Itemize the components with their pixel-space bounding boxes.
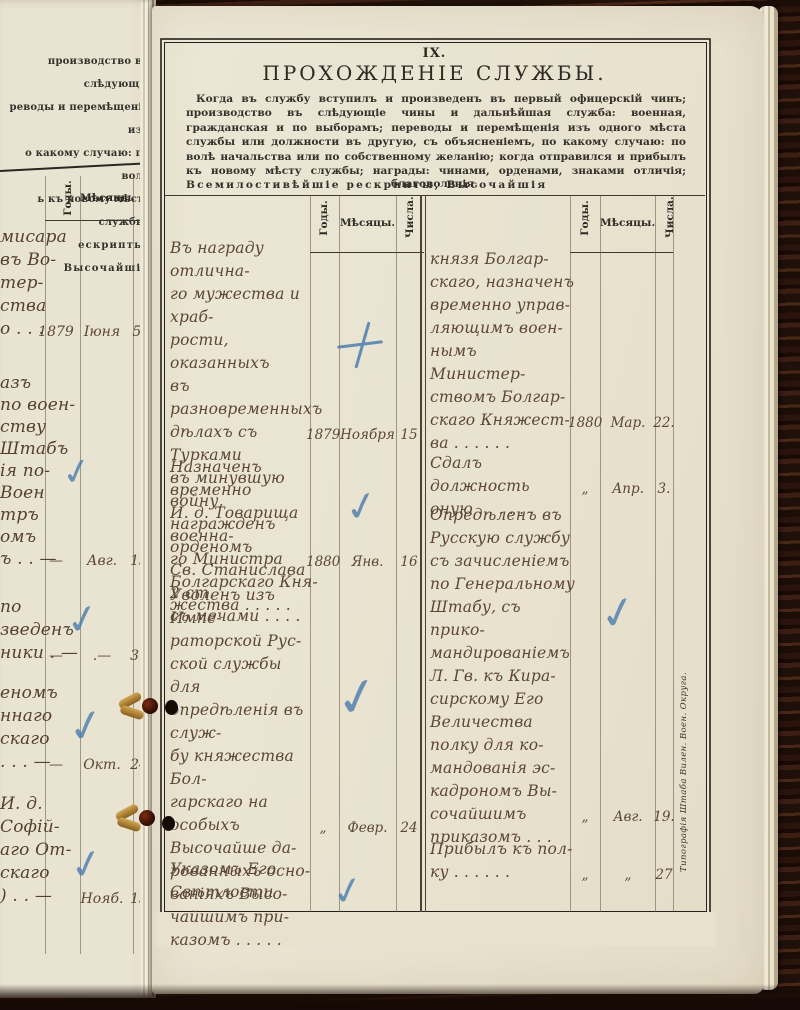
column-header-years: Годы. [579,198,591,238]
entry-year: 1880 [568,415,602,431]
column-header-months: Мѣсяцы. [339,217,396,229]
entry-day: 22. [651,415,677,431]
printed-line: производство въ слѣдующіе [0,50,150,96]
entry-day: 19. [651,809,677,825]
entry-month: Мар. [601,415,655,431]
binding-hole [162,816,175,831]
entry-year: 1879 [34,324,78,340]
entry-day: 16 [396,554,422,570]
entry-day: 15 [396,427,422,443]
service-entry: князя Болгар- скаго, назначенъ временно … [430,248,675,432]
service-entry: Указомъ Его Свѣтлости [170,858,423,904]
description-main: Когда въ службу вступилъ и произведенъ в… [186,93,686,177]
entry-year: — [34,648,78,664]
entry-month: „ [601,867,655,883]
entry-month: Янв. [339,554,396,570]
page-bottom-shadow [0,984,800,1010]
column-header-years: Годы. [318,198,330,238]
entry-month: Апр. [601,481,655,497]
entry-day: 3. [651,481,677,497]
center-divider-line [425,195,427,912]
page-title: ПРОХОЖДЕНІЕ СЛУЖБЫ. [164,61,705,85]
entry-year: „ [568,867,602,883]
column-header-days: Числа. [404,198,416,238]
column-header-months: Мѣсяцы. [600,217,655,229]
service-entry: Опредѣленъ въ Русскую службу съ зачислен… [430,504,675,826]
entry-text: Прибылъ къ пол- ку . . . . . . [430,838,576,884]
entry-month: Окт. [78,757,126,773]
entry-year: „ [306,820,340,836]
entry-month: Іюня [78,324,126,340]
entry-month: .— [78,648,126,664]
brass-fastener [115,804,157,834]
binding-hole [165,700,178,715]
previous-page: производство въ слѣдующіе реводы и перем… [0,0,156,998]
section-number: IX. [164,46,705,61]
entry-year: 1880 [306,554,340,570]
printer-imprint: Типографія Штаба Вилен. Воен. Округа. [679,636,689,908]
column-header-months: Мѣсяцы. [80,192,133,204]
printed-line: реводы и перемѣщенія изъ [0,96,150,142]
service-entry: Уволенъ изъ Импе- раторской Рус- ской сл… [170,584,423,837]
entry-text: князя Болгар- скаго, назначенъ временно … [430,248,576,455]
entry-month: Нояб. [78,891,126,907]
entry-day: 27 [651,867,677,883]
entry-month: Авг. [78,553,126,569]
entry-year: — [34,757,78,773]
description-tail: благоволенія. [164,178,705,190]
entry-year: 1879 [306,427,340,443]
service-entry: мисара въ Во- тер- ства о . . . 1879 Іюн… [0,226,156,341]
entry-text: Указомъ Его Свѣтлости [170,858,312,904]
service-entry: Сдалъ должность оную . . . . . . „ Апр. … [430,452,675,498]
brass-fastener [118,692,160,722]
entry-month: Авг. [601,809,655,825]
service-record-page: IX. ПРОХОЖДЕНІЕ СЛУЖБЫ. Когда въ службу … [152,6,764,994]
ink-cross-mark-icon [337,321,383,369]
entry-month: Ноября [339,427,396,443]
entry-year: „ [568,481,602,497]
entry-text: Опредѣленъ въ Русскую службу съ зачислен… [430,504,576,849]
entry-year: — [34,553,78,569]
table-top-line [164,195,705,196]
service-entry: Назначенъ временно И. д. Товарища военна… [170,456,423,571]
column-header-days: Числа. [664,198,676,238]
entry-year: „ [568,809,602,825]
column-header-years: Годы. [62,176,74,220]
photo-of-service-record: { "prev_page": { "printed_lines": [ "про… [0,0,800,1010]
entry-day: 24 [396,820,422,836]
entry-month: Февр. [339,820,396,836]
service-entry: Прибылъ къ пол- ку . . . . . . „ „ 27 [430,838,675,884]
service-entry: Въ награду отлична- го мужества и храб- … [170,237,423,444]
